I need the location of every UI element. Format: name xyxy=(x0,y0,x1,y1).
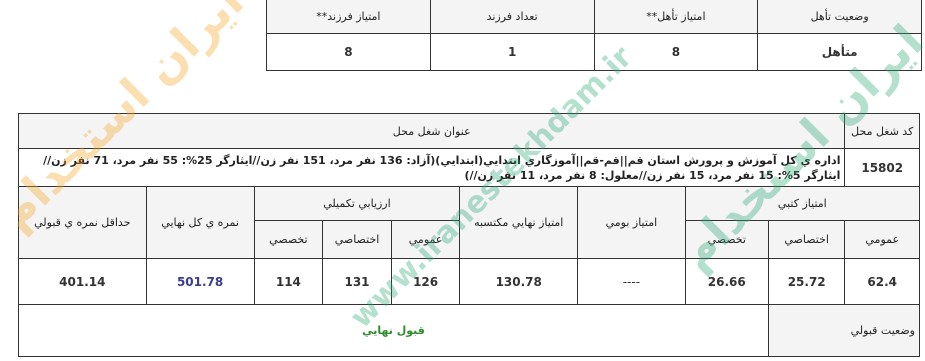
supplementary-header: ارزيابي تكميلي xyxy=(254,187,460,221)
status-label: وضعيت قبولي xyxy=(768,305,919,357)
written-specialized-header: تخصصي xyxy=(685,221,768,259)
native-score-header: امتياز بومي xyxy=(578,187,686,259)
supp-specific-header: اختصاصي xyxy=(323,221,392,259)
written-general-value: 62.4 xyxy=(845,259,920,305)
children-score-header: امتیاز فرزند** xyxy=(267,0,431,34)
min-accept-header: حداقل نمره ي قبولي xyxy=(19,187,147,259)
job-score-table: کد شغل محل عنوان شغل محل 15802 اداره ي ك… xyxy=(18,113,920,357)
final-total-header: نمره ي كل نهايي xyxy=(146,187,254,259)
supp-specific-value: 131 xyxy=(323,259,392,305)
job-title-header: عنوان شغل محل xyxy=(19,114,845,149)
written-specific-value: 25.72 xyxy=(768,259,845,305)
children-score-value: 8 xyxy=(267,34,431,71)
supp-general-value: 126 xyxy=(391,259,459,305)
job-code-header: کد شغل محل xyxy=(845,114,920,149)
native-score-value: ---- xyxy=(578,259,686,305)
marital-score-value: 8 xyxy=(594,34,758,71)
status-value: قبول نهايي xyxy=(19,305,769,357)
marital-score-header: امتیاز تأهل** xyxy=(594,0,758,34)
supp-specialized-value: 114 xyxy=(254,259,323,305)
final-acquired-value: 130.78 xyxy=(460,259,578,305)
job-title-value: اداره ي كل آموزش و پرورش استان قم||قم-قم… xyxy=(19,149,845,187)
written-general-header: عمومي xyxy=(845,221,920,259)
final-total-value: 501.78 xyxy=(146,259,254,305)
children-count-value: 1 xyxy=(430,34,594,71)
marital-status-table: وضعیت تأهل امتیاز تأهل** تعداد فرزند امت… xyxy=(266,0,922,71)
supp-general-header: عمومي xyxy=(391,221,459,259)
written-score-header: امتياز كتبي xyxy=(685,187,919,221)
job-code-value: 15802 xyxy=(845,149,920,187)
written-specific-header: اختصاصي xyxy=(768,221,845,259)
supp-specialized-header: تخصصي xyxy=(254,221,323,259)
marital-status-value: متأهل xyxy=(758,34,922,71)
final-acquired-header: امتياز نهايي مكتسبه xyxy=(460,187,578,259)
written-specialized-value: 26.66 xyxy=(685,259,768,305)
min-accept-value: 401.14 xyxy=(19,259,147,305)
children-count-header: تعداد فرزند xyxy=(430,0,594,34)
marital-status-header: وضعیت تأهل xyxy=(758,0,922,34)
